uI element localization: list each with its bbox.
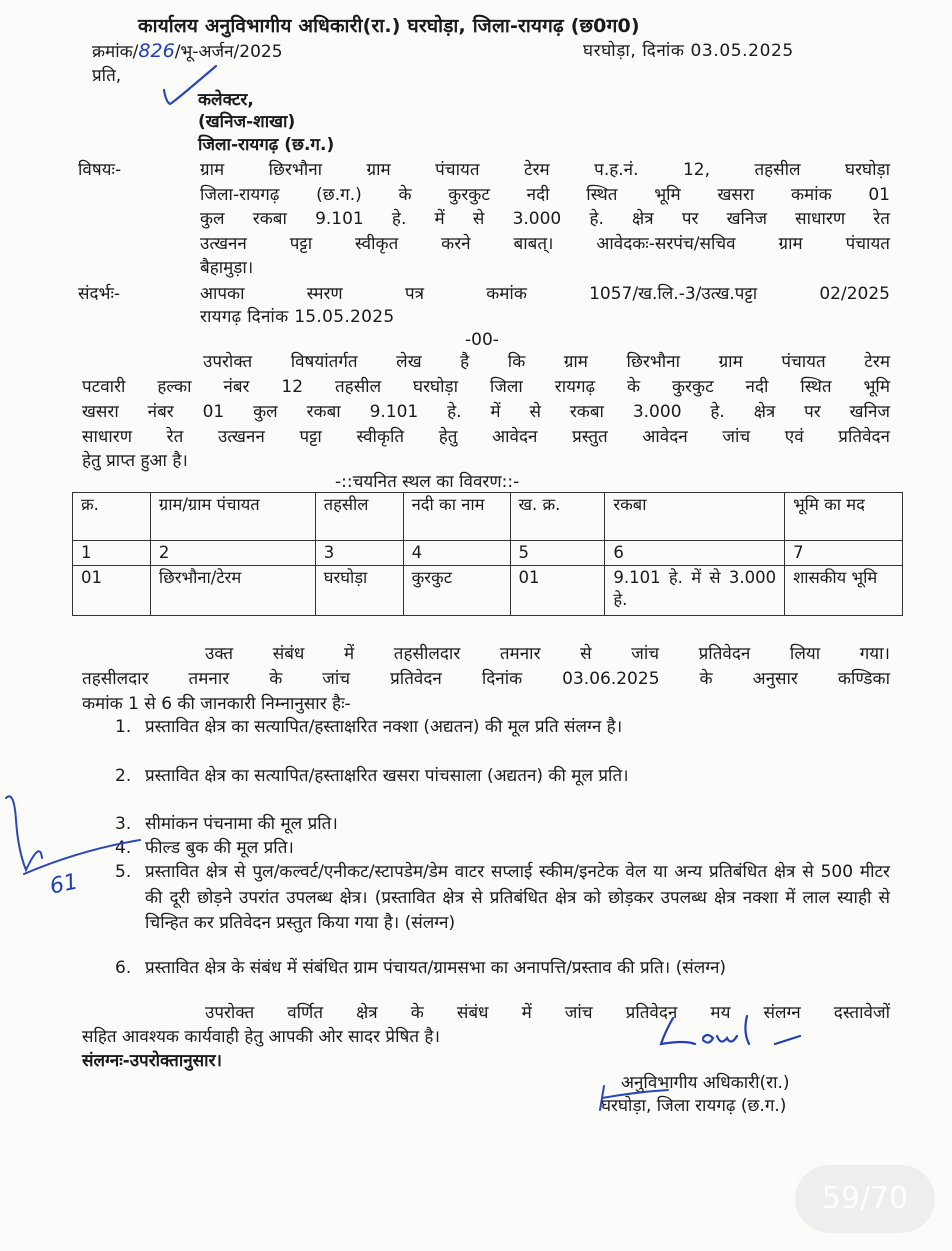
reference-line: आपका स्मरण पत्र कमांक 1057/ख.लि.-3/उत्ख.… [200,282,890,307]
document-page: कार्यालय अनुविभागीय अधिकारी(रा.) घरघोड़ा… [0,0,952,1251]
column-number-cell: 2 [150,541,315,566]
intro-line: साधारण रेत उत्खनन पट्टा स्वीकृति हेतु आव… [82,425,890,450]
table-cell: शासकीय भूमि [785,566,903,616]
site-details-table: क्र. ग्राम/ग्राम पंचायत तहसील नदी का नाम… [72,492,903,616]
column-number-cell: 1 [73,541,151,566]
table-column-number-row: 1 2 3 4 5 6 7 [73,541,903,566]
header-cell: रकबा [605,493,785,541]
header-cell: नदी का नाम [403,493,510,541]
list-item: प्रस्तावित क्षेत्र के संबंध में संबंधित … [145,956,890,982]
table-cell: 01 [510,566,605,616]
report-line: तहसीलदार तमनार के जांच प्रतिवेदन दिनांक … [82,667,890,692]
ref-prefix: क्रमांक/ [92,42,138,62]
addressee-line3: जिला-रायगढ़ (छ.ग.) [198,133,334,158]
table-cell: 9.101 हे. में से 3.000 हे. [605,566,785,616]
list-item: प्रस्तावित क्षेत्र का सत्यापित/हस्ताक्षर… [145,715,890,741]
report-line: उक्त संबंध में तहसीलदार तमनार से जांच प्… [205,642,890,667]
header-cell: तहसील [315,493,403,541]
ref-handwritten-number: 826 [138,40,174,62]
list-item: प्रस्तावित क्षेत्र का सत्यापित/हस्ताक्षर… [145,764,890,790]
table-cell: 01 [73,566,151,616]
intro-line: खसरा नंबर 01 कुल रकबा 9.101 हे. में से र… [82,400,890,425]
table-cell: घरघोड़ा [315,566,403,616]
report-line: कमांक 1 से 6 की जानकारी निम्नानुसार हैः- [82,692,351,717]
column-number-cell: 5 [510,541,605,566]
subject-line: बैहामुड़ा। [200,256,253,281]
place-date: घरघोड़ा, दिनांक 03.05.2025 [583,39,794,64]
handwritten-strike-icon [596,1084,676,1114]
signature-icon [655,1010,815,1060]
closing-line: सहित आवश्यक कार्यवाही हेतु आपकी ओर सादर … [82,1025,440,1050]
list-item: फील्ड बुक की मूल प्रति। [145,836,294,861]
to-label: प्रति, [92,64,121,89]
column-number-cell: 4 [403,541,510,566]
table-cell: छिरभौना/टेरम [150,566,315,616]
list-number: 1. [115,715,131,740]
header-cell: ख. क्र. [510,493,605,541]
subject-line: ग्राम छिरभौना ग्राम पंचायत टेरम प.ह.नं. … [200,158,890,183]
ref-suffix: /भू-अर्जन/2025 [175,42,283,62]
header-cell: ग्राम/ग्राम पंचायत [150,493,315,541]
intro-line: उपरोक्त विषयांतर्गत लेख है कि ग्राम छिरभ… [203,350,890,375]
subject-line: जिला-रायगढ़ (छ.ग.) के कुरकुट नदी स्थित भ… [200,183,890,208]
addressee-line2: (खनिज-शाखा) [198,110,295,135]
intro-line: पटवारी हल्का नंबर 12 तहसील घरघोड़ा जिला … [82,375,890,400]
intro-line: हेतु प्राप्त हुआ है। [82,449,188,474]
list-item: सीमांकन पंचनामा की मूल प्रति। [145,812,338,837]
table-cell: कुरकुट [403,566,510,616]
subject-line: कुल रकबा 9.101 हे. में से 3.000 हे. क्षे… [200,207,890,232]
header-cell: भूमि का मद [785,493,903,541]
reference-label: संदर्भः- [78,282,120,307]
table-header-row: क्र. ग्राम/ग्राम पंचायत तहसील नदी का नाम… [73,493,903,541]
list-item: प्रस्तावित क्षेत्र से पुल/कल्वर्ट/एनीकट/… [145,860,890,937]
table-row: 01 छिरभौना/टेरम घरघोड़ा कुरकुट 01 9.101 … [73,566,903,616]
list-number: 6. [115,956,131,981]
column-number-cell: 3 [315,541,403,566]
column-number-cell: 6 [605,541,785,566]
enclosure: संलग्नः-उपरोक्तानुसार। [82,1049,222,1074]
office-header: कार्यालय अनुविभागीय अधिकारी(रा.) घरघोड़ा… [138,12,640,38]
subject-line: उत्खनन पट्टा स्वीकृत करने बाबत्। आवेदकः-… [200,232,890,257]
page-indicator: 59/70 [795,1165,935,1233]
reference-line: रायगढ़ दिनांक 15.05.2025 [200,305,395,330]
column-number-cell: 7 [785,541,903,566]
subject-label: विषयः- [78,158,121,183]
header-cell: क्र. [73,493,151,541]
